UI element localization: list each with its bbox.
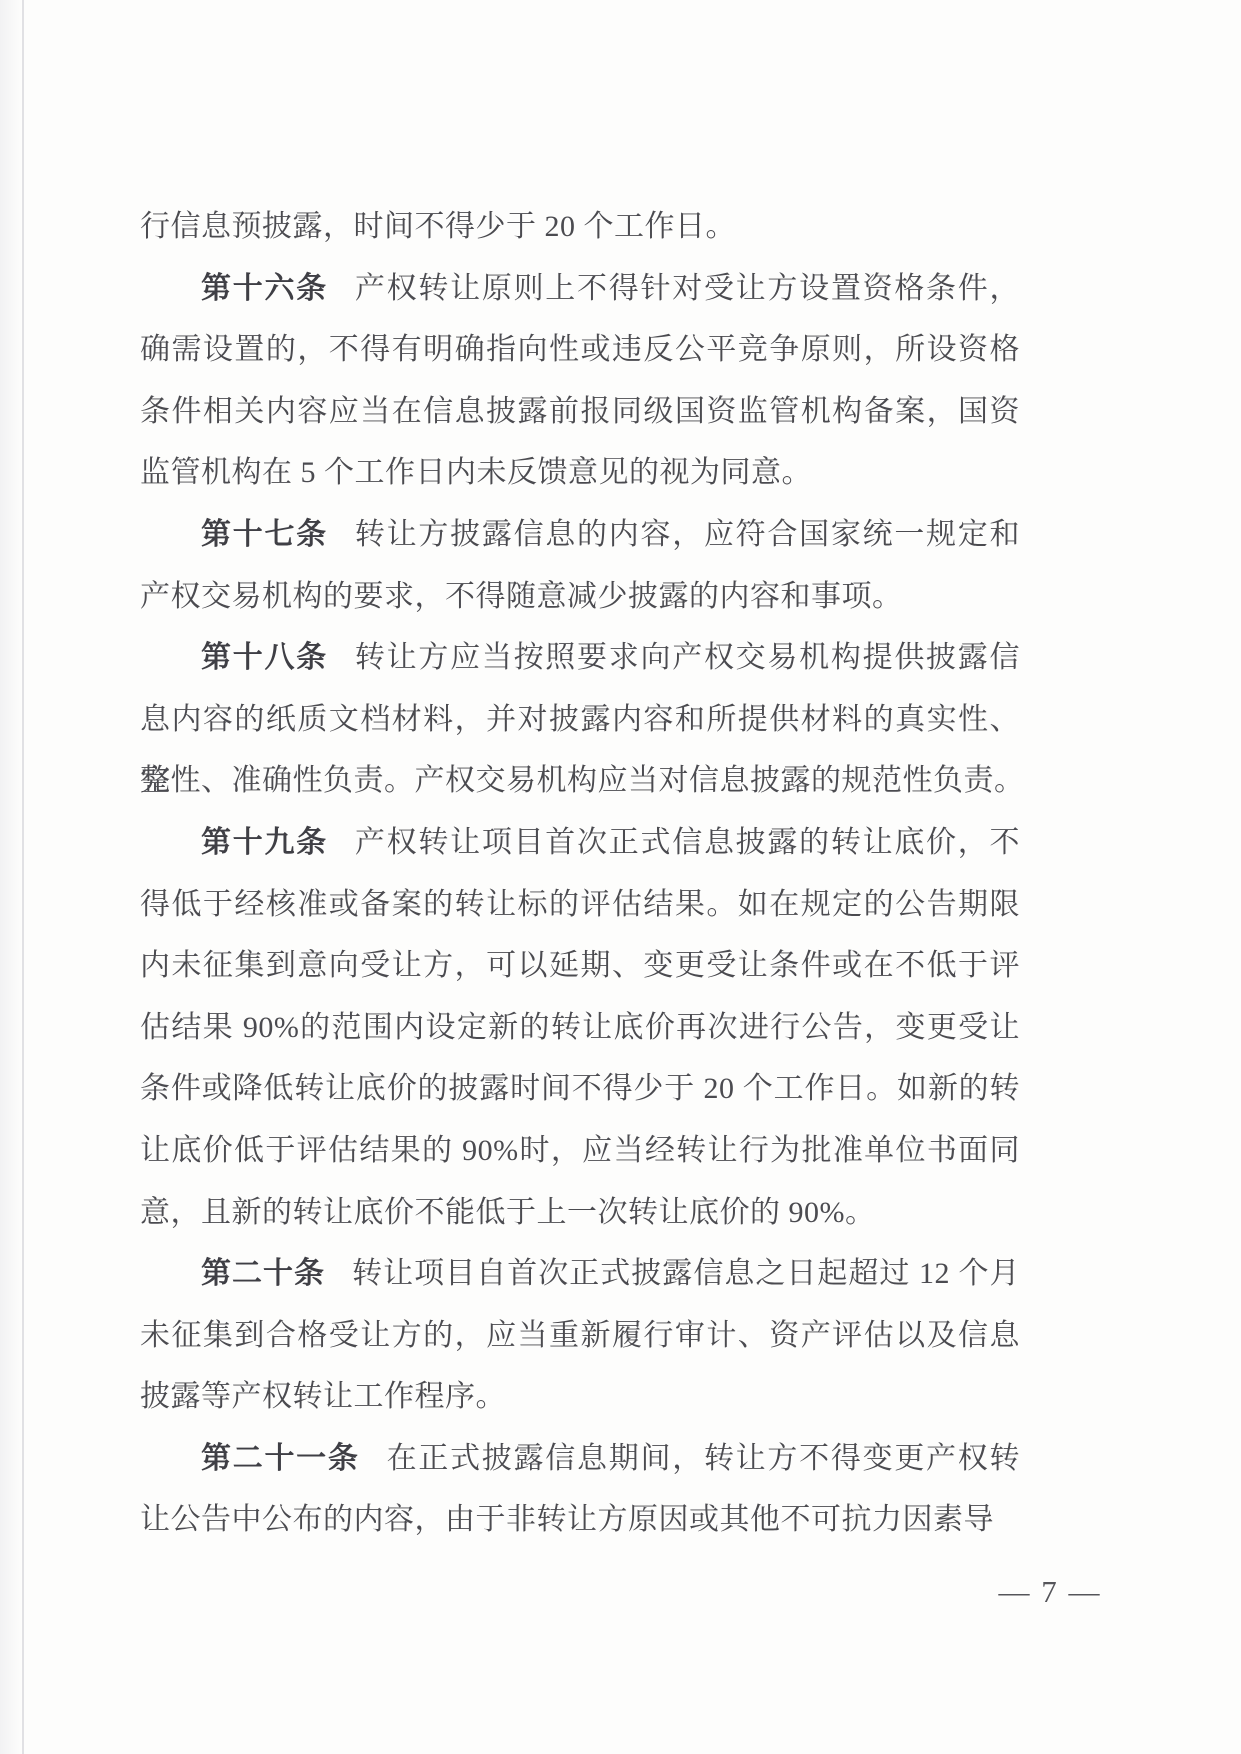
text-line: 监管机构在 5 个工作日内未反馈意见的视为同意。 — [140, 442, 1020, 504]
article-number: 第二十条 — [201, 1257, 325, 1290]
text-line: 得低于经核准或备案的转让标的评估结果。如在规定的公告期限 — [140, 874, 1020, 936]
body-text: 披露等产权转让工作程序。 — [140, 1380, 506, 1413]
body-text: 得低于经核准或备案的转让标的评估结果。如在规定的公告期限 — [140, 888, 1020, 921]
article-number: 第十八条 — [201, 641, 328, 674]
body-text: 转让项目自首次正式披露信息之日起超过 12 个月 — [352, 1257, 1020, 1290]
article-number: 第十七条 — [201, 518, 328, 551]
article-line: 第十九条产权转让项目首次正式信息披露的转让底价，不 — [140, 812, 1020, 874]
document-lines: 行信息预披露，时间不得少于 20 个工作日。第十六条产权转让原则上不得针对受让方… — [140, 196, 1020, 1551]
text-line: 行信息预披露，时间不得少于 20 个工作日。 — [140, 196, 1020, 258]
text-line: 产权交易机构的要求，不得随意减少披露的内容和事项。 — [140, 566, 1020, 628]
body-text: 条件相关内容应当在信息披露前报同级国资监管机构备案，国资 — [140, 395, 1020, 428]
article-number: 第十六条 — [201, 272, 328, 305]
scan-edge-shadow — [0, 0, 22, 1754]
text-line: 估结果 90%的范围内设定新的转让底价再次进行公告，变更受让 — [140, 997, 1020, 1059]
page-number: — 7 — — [985, 1572, 1115, 1612]
body-text: 转让方应当按照要求向产权交易机构提供披露信 — [355, 641, 1020, 674]
body-text: 整性、准确性负责。产权交易机构应当对信息披露的规范性负责。 — [140, 764, 1025, 797]
body-text: 确需设置的，不得有明确指向性或违反公平竞争原则，所设资格 — [140, 333, 1020, 366]
article-line: 第十六条产权转让原则上不得针对受让方设置资格条件， — [140, 258, 1020, 320]
body-text: 产权转让项目首次正式信息披露的转让底价，不 — [355, 826, 1020, 859]
text-line: 让公告中公布的内容，由于非转让方原因或其他不可抗力因素导 — [140, 1489, 1020, 1551]
body-text: 转让方披露信息的内容，应符合国家统一规定和 — [355, 518, 1020, 551]
body-text: 行信息预披露，时间不得少于 20 个工作日。 — [140, 210, 736, 243]
body-text: 产权转让原则上不得针对受让方设置资格条件， — [355, 272, 1020, 305]
article-line: 第二十一条在正式披露信息期间，转让方不得变更产权转 — [140, 1428, 1020, 1490]
scanned-document-page: 行信息预披露，时间不得少于 20 个工作日。第十六条产权转让原则上不得针对受让方… — [0, 0, 1241, 1754]
text-line: 意，且新的转让底价不能低于上一次转让底价的 90%。 — [140, 1182, 1020, 1244]
body-text: 未征集到合格受让方的，应当重新履行审计、资产评估以及信息 — [140, 1319, 1020, 1352]
article-line: 第十七条转让方披露信息的内容，应符合国家统一规定和 — [140, 504, 1020, 566]
body-text: 让公告中公布的内容，由于非转让方原因或其他不可抗力因素导 — [140, 1503, 994, 1536]
text-line: 让底价低于评估结果的 90%时，应当经转让行为批准单位书面同 — [140, 1120, 1020, 1182]
body-text: 在正式披露信息期间，转让方不得变更产权转 — [387, 1442, 1020, 1475]
body-text: 条件或降低转让底价的披露时间不得少于 20 个工作日。如新的转 — [140, 1072, 1020, 1105]
text-line: 整性、准确性负责。产权交易机构应当对信息披露的规范性负责。 — [140, 750, 1020, 812]
text-line: 披露等产权转让工作程序。 — [140, 1366, 1020, 1428]
body-text: 产权交易机构的要求，不得随意减少披露的内容和事项。 — [140, 580, 903, 613]
article-number: 第十九条 — [201, 826, 328, 859]
text-line: 内未征集到意向受让方，可以延期、变更受让条件或在不低于评 — [140, 935, 1020, 997]
text-line: 条件相关内容应当在信息披露前报同级国资监管机构备案，国资 — [140, 381, 1020, 443]
body-text: 监管机构在 5 个工作日内未反馈意见的视为同意。 — [140, 456, 812, 489]
article-number: 第二十一条 — [201, 1442, 360, 1475]
text-line: 条件或降低转让底价的披露时间不得少于 20 个工作日。如新的转 — [140, 1058, 1020, 1120]
text-line: 未征集到合格受让方的，应当重新履行审计、资产评估以及信息 — [140, 1305, 1020, 1367]
body-text: 意，且新的转让底价不能低于上一次转让底价的 90%。 — [140, 1196, 876, 1229]
body-text: 内未征集到意向受让方，可以延期、变更受让条件或在不低于评 — [140, 949, 1020, 982]
body-text: 让底价低于评估结果的 90%时，应当经转让行为批准单位书面同 — [140, 1134, 1020, 1167]
scan-edge-line — [22, 0, 24, 1754]
article-line: 第二十条转让项目自首次正式披露信息之日起超过 12 个月 — [140, 1243, 1020, 1305]
body-text: 估结果 90%的范围内设定新的转让底价再次进行公告，变更受让 — [140, 1011, 1020, 1044]
article-line: 第十八条转让方应当按照要求向产权交易机构提供披露信 — [140, 627, 1020, 689]
text-line: 息内容的纸质文档材料，并对披露内容和所提供材料的真实性、完 — [140, 689, 1020, 751]
text-line: 确需设置的，不得有明确指向性或违反公平竞争原则，所设资格 — [140, 319, 1020, 381]
